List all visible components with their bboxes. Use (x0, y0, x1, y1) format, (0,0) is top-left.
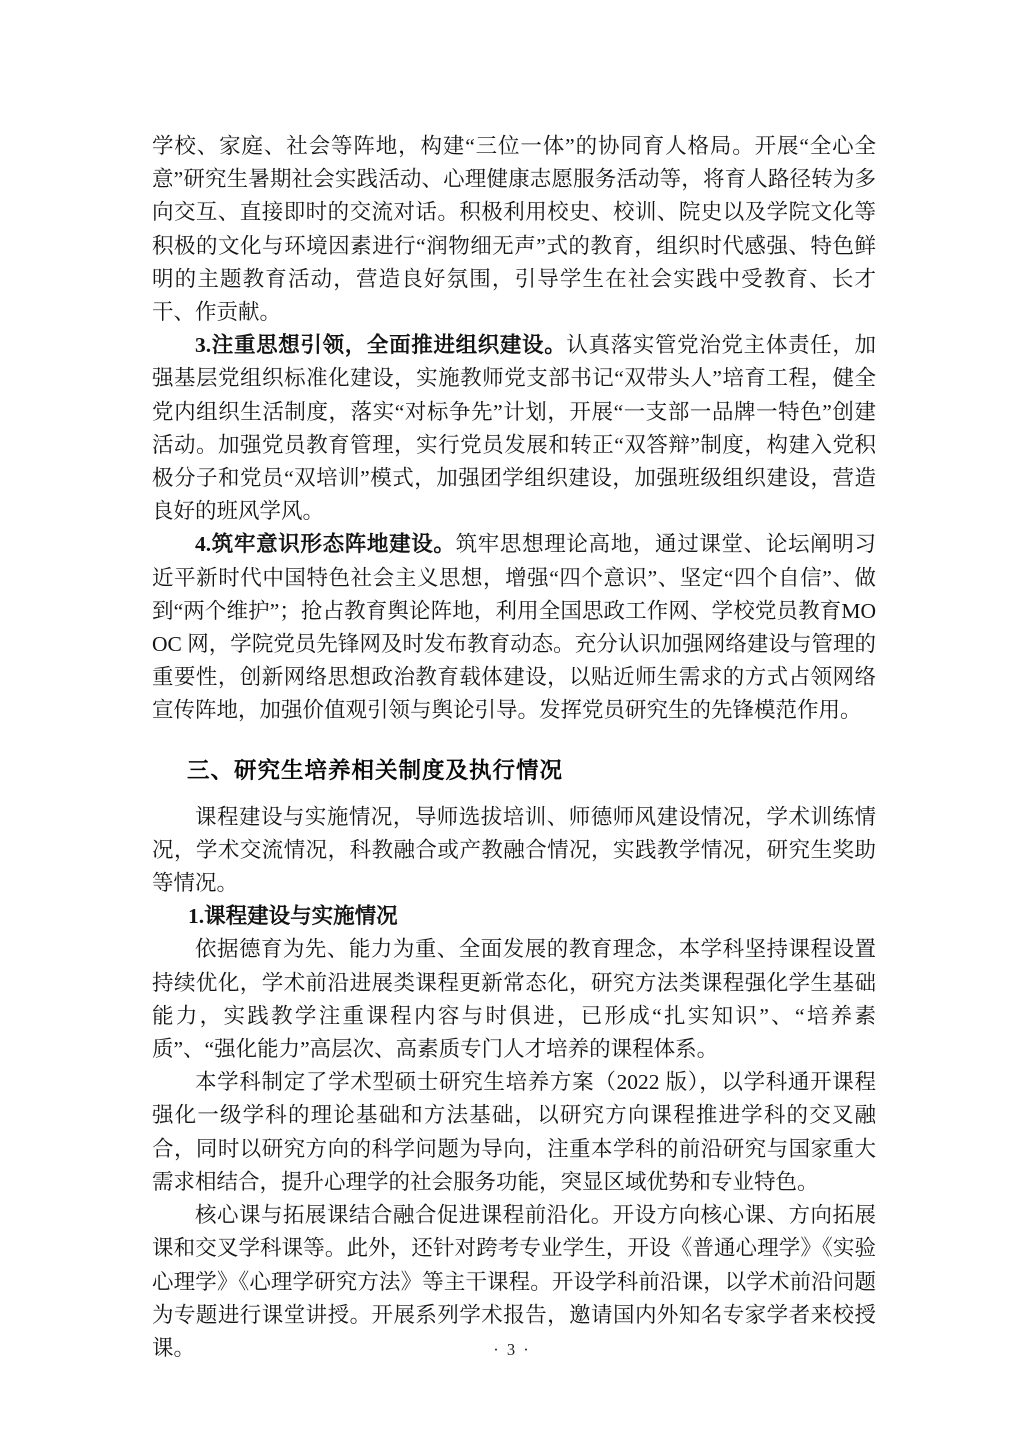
paragraph-item-3: 3.注重思想引领，全面推进组织建设。认真落实管党治党主体责任，加强基层党组织标准… (152, 329, 876, 528)
sub-section-heading: 1.课程建设与实施情况 (152, 900, 876, 933)
paragraph-training-plan: 本学科制定了学术型硕士研究生培养方案（2022 版），以学科通开课程强化一级学科… (152, 1066, 876, 1199)
paragraph-item-3-lead: 3.注重思想引领，全面推进组织建设。 (195, 333, 566, 357)
paragraph-item-4: 4.筑牢意识形态阵地建设。筑牢思想理论高地，通过课堂、论坛阐明习近平新时代中国特… (152, 528, 876, 727)
page-number: · 3 · (0, 1340, 1024, 1360)
paragraph-item-4-text: 筑牢思想理论高地，通过课堂、论坛阐明习近平新时代中国特色社会主义思想，增强“四个… (152, 532, 876, 722)
paragraph-continuation: 学校、家庭、社会等阵地，构建“三位一体”的协同育人格局。开展“全心全意”研究生暑… (152, 130, 876, 329)
page-body: 学校、家庭、社会等阵地，构建“三位一体”的协同育人格局。开展“全心全意”研究生暑… (152, 130, 876, 1365)
document-page: 学校、家庭、社会等阵地，构建“三位一体”的协同育人格局。开展“全心全意”研究生暑… (0, 0, 1024, 1448)
paragraph-item-3-text: 认真落实管党治党主体责任，加强基层党组织标准化建设，实施教师党支部书记“双带头人… (152, 333, 876, 523)
paragraph-section-intro: 课程建设与实施情况，导师选拔培训、师德师风建设情况，学术训练情况，学术交流情况，… (152, 801, 876, 901)
section-heading: 三、研究生培养相关制度及执行情况 (187, 754, 876, 787)
paragraph-course-concept: 依据德育为先、能力为重、全面发展的教育理念，本学科坚持课程设置持续优化，学术前沿… (152, 933, 876, 1066)
paragraph-item-4-lead: 4.筑牢意识形态阵地建设。 (195, 532, 456, 556)
